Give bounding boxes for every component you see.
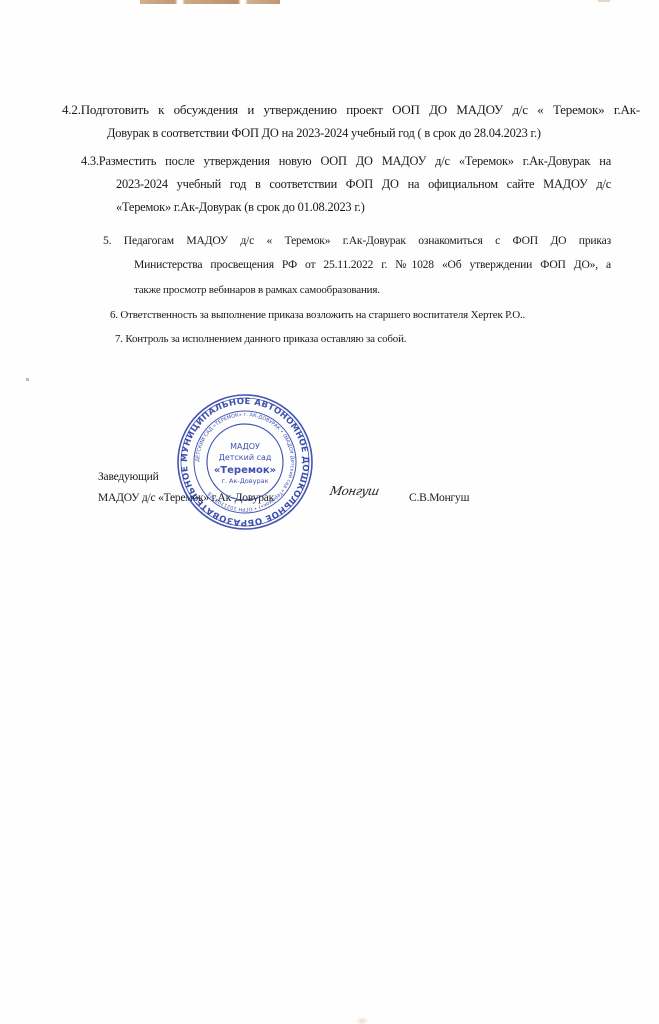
- scan-bottom-artifact: [355, 1017, 369, 1024]
- scan-speck: [26, 378, 29, 381]
- item-5-line-1: 5. Педагогам МАДОУ д/с « Теремок» г.Ак-Д…: [103, 234, 611, 248]
- item-7: 7. Контроль за исполнением данного прика…: [115, 332, 406, 346]
- signatory-name: С.В.Монгуш: [409, 491, 469, 505]
- page-top-edge-artifact: [140, 0, 280, 4]
- item-4-3-line-2: 2023-2024 учебный год в соответствии ФОП…: [116, 177, 611, 191]
- signatory-position: Заведующий: [98, 470, 159, 484]
- item-4-2-line-2: Довурак в соответствии ФОП ДО на 2023-20…: [107, 126, 541, 140]
- item-5-line-2: Министерства просвещения РФ от 25.11.202…: [134, 258, 611, 272]
- handwritten-signature: Монгуш: [329, 484, 381, 498]
- stamp-center-line-4: г. Ак-Довурак: [221, 477, 268, 485]
- item-6: 6. Ответственность за выполнение приказа…: [110, 308, 525, 322]
- stamp-center-line-2: Детский сад: [219, 453, 272, 462]
- stamp-center-line-3: «Теремок»: [214, 465, 276, 476]
- stamp-inner-text: ДЕТСКИЙ САД «ТЕРЕМОК» г. АК-ДОВУРАК • (М…: [195, 412, 295, 512]
- organization-stamp-icon: МУНИЦИПАЛЬНОЕ АВТОНОМНОЕ ДОШКОЛЬНОЕ ОБРА…: [176, 393, 314, 531]
- item-4-3-line-1: 4.3.Разместить после утверждения новую О…: [81, 154, 611, 168]
- page-top-edge-artifact-right: [598, 0, 610, 2]
- stamp-center-line-1: МАДОУ: [230, 442, 260, 451]
- item-4-3-line-3: «Теремок» г.Ак-Довурак (в срок до 01.08.…: [116, 200, 365, 214]
- item-5-line-3: также просмотр вебинаров в рамках самооб…: [134, 283, 380, 297]
- svg-text:ДЕТСКИЙ САД «ТЕРЕМОК» г. АК-ДО: ДЕТСКИЙ САД «ТЕРЕМОК» г. АК-ДОВУРАК • (М…: [195, 412, 295, 512]
- item-4-2-line-1: 4.2.Подготовить к обсуждения и утвержден…: [62, 103, 640, 117]
